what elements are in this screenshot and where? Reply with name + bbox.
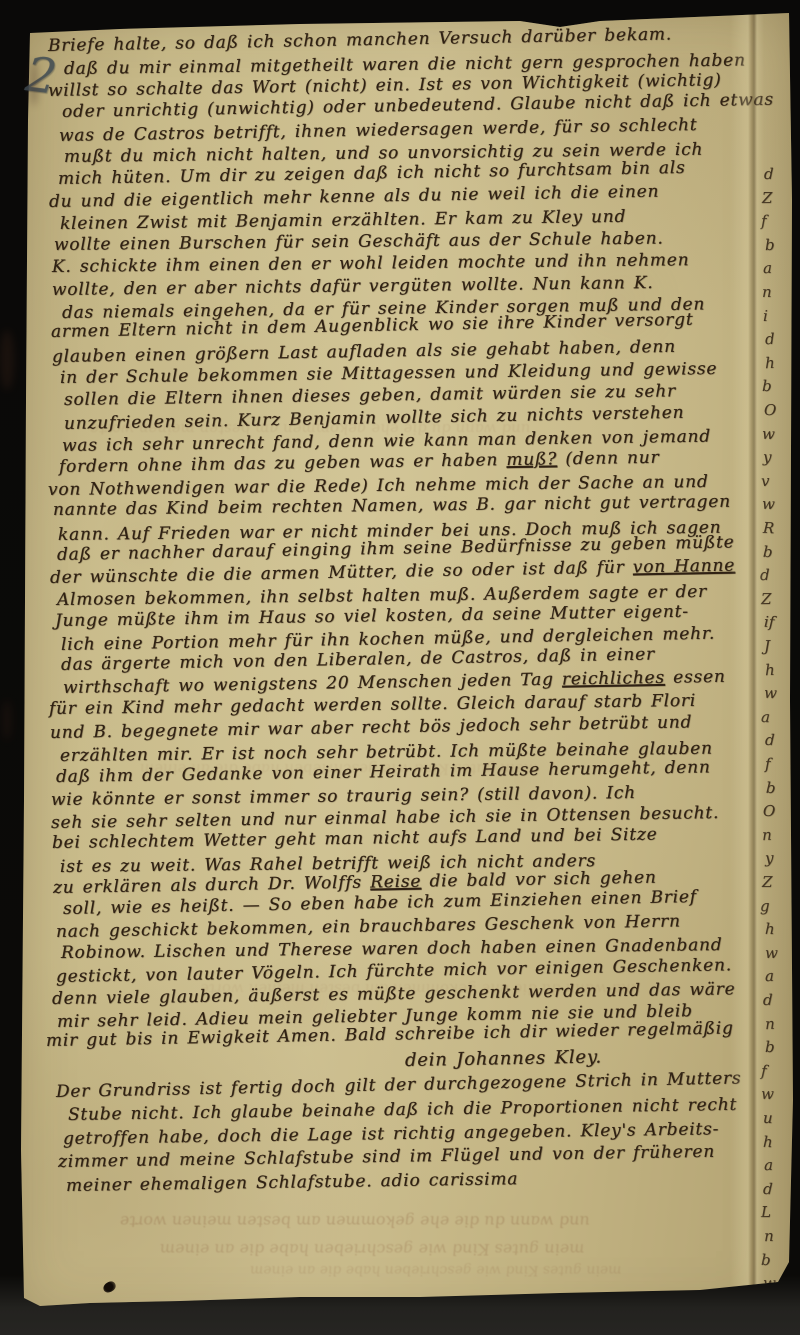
- next-page-text-fragment: i: [763, 307, 768, 325]
- next-page-text-fragment: y: [765, 849, 774, 867]
- next-page-text-fragment: w: [761, 495, 775, 513]
- next-page-text-fragment: h: [765, 660, 775, 678]
- next-page-text-fragment: b: [763, 542, 773, 560]
- signature: dein Johannes Kley.: [405, 1047, 602, 1071]
- next-page-text-fragment: Z: [760, 590, 771, 608]
- scan-edge-smudge: [30, 60, 38, 106]
- bleedthrough-text: mein gutes Kind wie geschrieben habe die…: [249, 1262, 622, 1278]
- next-page-text-fragment: d: [760, 566, 770, 584]
- scan-edge-smudge: [2, 700, 12, 740]
- next-page-text-fragment: d: [764, 330, 774, 348]
- next-page-text-fragment: h: [765, 920, 775, 938]
- next-page-text-fragment: Z: [762, 873, 773, 891]
- next-page-text-fragment: a: [760, 708, 770, 726]
- bleedthrough-text: und wann du die ehe gekommen am besten m…: [89, 420, 531, 438]
- next-page-text-fragment: n: [764, 1227, 774, 1245]
- next-page-text-fragment: d: [763, 165, 773, 183]
- bleedthrough-text: und wann du die ehe gekommen am besten m…: [199, 980, 641, 998]
- next-page-text-fragment: b: [762, 377, 772, 395]
- next-page-text-fragment: b: [765, 1038, 775, 1056]
- next-page-text-fragment: O: [762, 802, 775, 820]
- postscript-line: meiner ehemaligen Schlafstube. adio cari…: [66, 1169, 519, 1196]
- next-page-text-fragment: f: [760, 1062, 766, 1080]
- next-page-text-fragment: v: [761, 472, 770, 490]
- scan-edge-smudge: [0, 330, 14, 390]
- next-page-text-fragment: y: [763, 448, 772, 466]
- next-page-text-fragment: J: [764, 637, 770, 655]
- next-page-text-fragment: w: [761, 1085, 774, 1103]
- bleedthrough-text: mein gutes Kind wie geschrieben habe die…: [139, 760, 539, 778]
- next-page-text-fragment: h: [764, 354, 774, 372]
- ink-blot: [101, 1280, 117, 1295]
- letter-paper: Briefe halte, so daß ich schon manchen V…: [0, 0, 800, 1335]
- next-page-text-fragment: n: [761, 826, 771, 844]
- next-page-text-fragment: w: [763, 684, 776, 702]
- next-page-text-fragment: f: [765, 755, 771, 773]
- next-page-text-fragment: b: [765, 778, 775, 796]
- next-page-text-fragment: L: [761, 1203, 771, 1221]
- next-page-text-fragment: g: [760, 897, 770, 915]
- next-page-text-fragment: Z: [761, 189, 772, 207]
- next-page-text-fragment: a: [765, 967, 775, 985]
- next-page-text-fragment: O: [764, 401, 777, 419]
- next-page-text-fragment: w: [762, 424, 776, 442]
- bleedthrough-text: und wann du die ehe gekommen am besten m…: [119, 1212, 591, 1231]
- next-page-text-fragment: d: [763, 991, 773, 1009]
- next-page-text-fragment: w: [765, 944, 778, 962]
- next-page-text-fragment: b: [765, 236, 775, 254]
- next-page-text-fragment: b: [761, 1250, 771, 1268]
- next-page-text-fragment: n: [762, 283, 772, 301]
- next-page-text-fragment: h: [763, 1132, 773, 1150]
- bleedthrough-text: mein gutes Kind wie geschrieben habe die…: [159, 1240, 585, 1259]
- scanned-letter-page: Briefe halte, so daß ich schon manchen V…: [0, 0, 800, 1335]
- next-page-text-fragment: a: [764, 1156, 773, 1174]
- next-page-text-fragment: u: [763, 1109, 773, 1127]
- next-page-text-fragment: d: [765, 731, 775, 749]
- next-page-text-fragment: a: [763, 259, 772, 277]
- next-page-text-fragment: f: [761, 212, 767, 230]
- next-page-text-fragment: R: [763, 519, 775, 537]
- page-number-mark: 2: [23, 46, 60, 105]
- next-page-text-fragment: d: [763, 1180, 773, 1198]
- next-page-text-fragment: n: [765, 1014, 775, 1032]
- next-page-text-fragment: if: [763, 613, 774, 631]
- next-page-text-fragment: w: [763, 1274, 776, 1292]
